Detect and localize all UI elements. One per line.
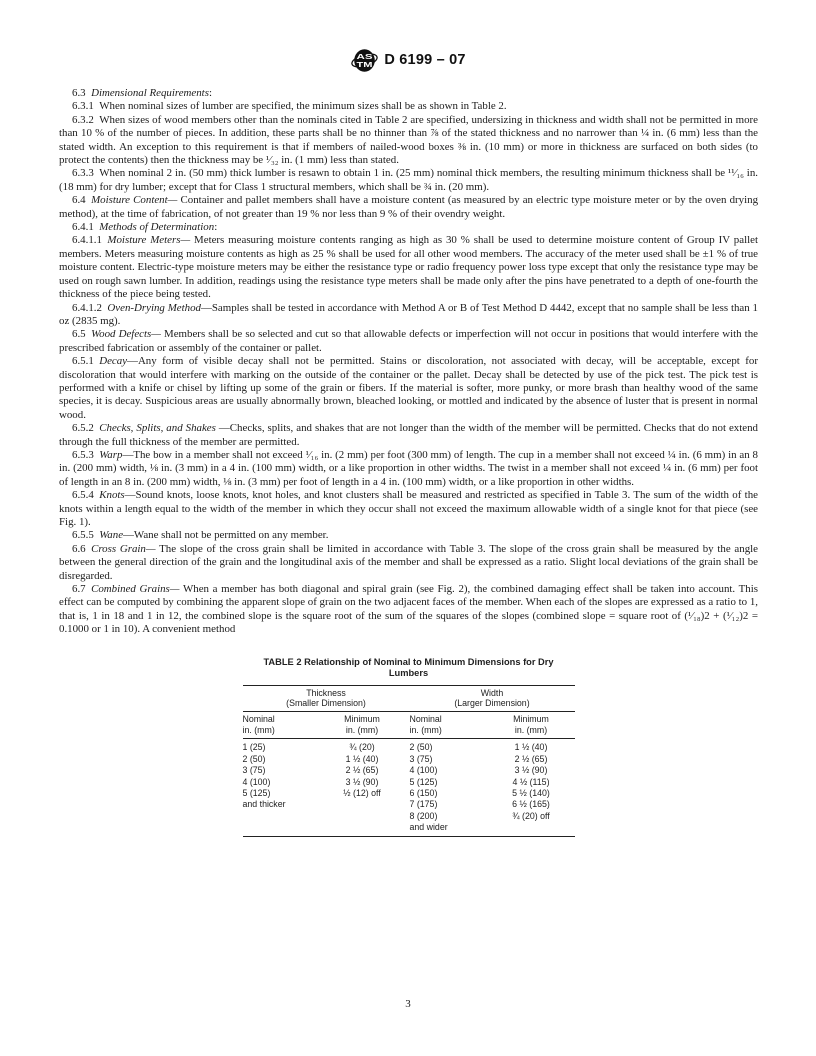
column-header-line: Minimum <box>315 714 410 724</box>
column-header-line: Nominal <box>410 714 488 724</box>
section-title: Checks, Splits, and Shakes <box>99 422 216 434</box>
paragraph-6.5.3: 6.5.3 Warp—The bow in a member shall not… <box>59 449 758 489</box>
column-header-line: Minimum <box>488 714 575 724</box>
paragraph-6.3.2: 6.3.2 When sizes of wood members other t… <box>59 114 758 168</box>
column-header-line: in. (mm) <box>410 725 488 735</box>
paragraph-6.3.1: 6.3.1 When nominal sizes of lumber are s… <box>59 100 758 113</box>
paragraph-6.5.1: 6.5.1 Decay—Any form of visible decay sh… <box>59 355 758 422</box>
paragraph-6.3.3: 6.3.3 When nominal 2 in. (50 mm) thick l… <box>59 167 758 194</box>
section-number: 6.3 <box>72 87 86 99</box>
table-row: 8 (200)¾ (20) off <box>243 810 575 821</box>
table-cell: 1 ½ (40) <box>488 739 575 753</box>
group-header-line: Thickness <box>243 688 410 698</box>
table-cell <box>243 810 315 821</box>
section-text: When sizes of wood members other than th… <box>59 114 758 166</box>
section-number: 6.5.5 <box>72 529 94 541</box>
section-text: The slope of the cross grain shall be li… <box>59 543 758 582</box>
svg-text:TM: TM <box>357 60 373 69</box>
document-designation: D 6199 – 07 <box>384 52 465 68</box>
table-cell <box>315 810 410 821</box>
table-row: 2 (50)1 ½ (40)3 (75)2 ½ (65) <box>243 753 575 764</box>
column-header: Nominalin. (mm) <box>243 712 315 739</box>
section-text: —The bow in a member shall not exceed ¹⁄… <box>59 449 758 488</box>
section-text: Members shall be so selected and cut so … <box>59 328 758 353</box>
column-header: Nominalin. (mm) <box>410 712 488 739</box>
table-cell: and thicker <box>243 799 315 810</box>
table-cell <box>315 799 410 810</box>
paragraph-6.5: 6.5 Wood Defects— Members shall be so se… <box>59 328 758 355</box>
page-number: 3 <box>0 998 816 1010</box>
section-number: 6.5.2 <box>72 422 94 434</box>
section-title: Warp <box>99 449 122 461</box>
table-cell: 2 (50) <box>243 753 315 764</box>
table-row: 4 (100)3 ½ (90)5 (125)4 ½ (115) <box>243 776 575 787</box>
table-cell <box>315 822 410 836</box>
document-header: AS TM D 6199 – 07 <box>59 46 758 74</box>
section-number: 6.6 <box>72 543 86 555</box>
section-number: 6.5.4 <box>72 489 94 501</box>
paragraph-6.5.2: 6.5.2 Checks, Splits, and Shakes —Checks… <box>59 422 758 449</box>
paragraph-6.4.1: 6.4.1 Methods of Determination: <box>59 221 758 234</box>
section-number: 6.7 <box>72 583 86 595</box>
table-cell: 2 ½ (65) <box>315 765 410 776</box>
section-number: 6.3.3 <box>72 167 94 179</box>
table-row: 5 (125)½ (12) off6 (150)5 ½ (140) <box>243 787 575 798</box>
table-cell: 2 (50) <box>410 739 488 753</box>
group-header-line: (Smaller Dimension) <box>243 698 410 708</box>
table-group-header-row: Thickness(Smaller Dimension)Width(Larger… <box>243 685 575 712</box>
column-header-line: in. (mm) <box>315 725 410 735</box>
paragraph-6.4.1.1: 6.4.1.1 Moisture Meters— Meters measurin… <box>59 234 758 301</box>
table-cell: 8 (200) <box>410 810 488 821</box>
column-header: Minimumin. (mm) <box>315 712 410 739</box>
table-cell: 3 ½ (90) <box>315 776 410 787</box>
section-number: 6.3.2 <box>72 114 94 126</box>
table-row: and wider <box>243 822 575 836</box>
section-text: When nominal sizes of lumber are specifi… <box>99 100 506 112</box>
paragraph-6.5.4: 6.5.4 Knots—Sound knots, loose knots, kn… <box>59 489 758 529</box>
column-header: Minimumin. (mm) <box>488 712 575 739</box>
table-column-header-row: Nominalin. (mm)Minimumin. (mm)Nominalin.… <box>243 712 575 739</box>
paragraph-6.4.1.2: 6.4.1.2 Oven-Drying Method—Samples shall… <box>59 302 758 329</box>
section-title: Moisture Meters— <box>107 234 190 246</box>
section-title: Methods of Determination <box>99 221 214 233</box>
section-title: Wane <box>99 529 123 541</box>
table-cell: 6 ½ (165) <box>488 799 575 810</box>
table-cell: 5 (125) <box>410 776 488 787</box>
section-number: 6.4.1 <box>72 221 94 233</box>
section-title: Moisture Content— <box>91 194 177 206</box>
table-cell: ½ (12) off <box>315 787 410 798</box>
table-cell: 3 (75) <box>243 765 315 776</box>
section-text: When nominal 2 in. (50 mm) thick lumber … <box>59 167 758 192</box>
section-text: : <box>209 87 212 99</box>
table-cell: 3 (75) <box>410 753 488 764</box>
table-cell: 4 (100) <box>410 765 488 776</box>
table-cell: 1 (25) <box>243 739 315 753</box>
table-cell: 7 (175) <box>410 799 488 810</box>
section-text: : <box>214 221 217 233</box>
section-title: Cross Grain— <box>91 543 156 555</box>
table-cell: 6 (150) <box>410 787 488 798</box>
astm-logo-icon: AS TM <box>351 48 378 73</box>
section-number: 6.4 <box>72 194 86 206</box>
table-cell: 5 (125) <box>243 787 315 798</box>
group-header-line: Width <box>410 688 575 698</box>
paragraph-6.4: 6.4 Moisture Content— Container and pall… <box>59 194 758 221</box>
group-header-line: (Larger Dimension) <box>410 698 575 708</box>
section-number: 6.5.1 <box>72 355 94 367</box>
table-row: 3 (75)2 ½ (65)4 (100)3 ½ (90) <box>243 765 575 776</box>
paragraph-6.6: 6.6 Cross Grain— The slope of the cross … <box>59 543 758 583</box>
column-header-line: in. (mm) <box>243 725 315 735</box>
section-text: —Sound knots, loose knots, knot holes, a… <box>59 489 758 528</box>
section-number: 6.4.1.1 <box>72 234 102 246</box>
section-title: Dimensional Requirements <box>91 87 209 99</box>
document-body: 6.3 Dimensional Requirements:6.3.1 When … <box>59 87 758 637</box>
document-page: AS TM D 6199 – 07 6.3 Dimensional Requir… <box>0 0 816 1056</box>
paragraph-6.5.5: 6.5.5 Wane—Wane shall not be permitted o… <box>59 529 758 542</box>
section-number: 6.4.1.2 <box>72 302 102 314</box>
table-cell <box>243 822 315 836</box>
table-2-dimensions: Thickness(Smaller Dimension)Width(Larger… <box>243 685 575 837</box>
table-cell <box>488 822 575 836</box>
column-header-line: Nominal <box>243 714 315 724</box>
section-title: Decay <box>99 355 127 367</box>
section-title: Oven-Drying Method <box>107 302 201 314</box>
paragraph-6.3: 6.3 Dimensional Requirements: <box>59 87 758 100</box>
section-number: 6.5 <box>72 328 86 340</box>
section-number: 6.3.1 <box>72 100 94 112</box>
table-cell: ¾ (20) <box>315 739 410 753</box>
table-cell: 2 ½ (65) <box>488 753 575 764</box>
paragraph-6.7: 6.7 Combined Grains— When a member has b… <box>59 583 758 637</box>
section-title: Knots <box>99 489 124 501</box>
table-2-block: TABLE 2 Relationship of Nominal to Minim… <box>243 657 575 837</box>
group-header: Thickness(Smaller Dimension) <box>243 685 410 712</box>
section-number: 6.5.3 <box>72 449 94 461</box>
column-header-line: in. (mm) <box>488 725 575 735</box>
section-title: Combined Grains— <box>91 583 179 595</box>
table-cell: 4 (100) <box>243 776 315 787</box>
table-cell: and wider <box>410 822 488 836</box>
section-text: —Any form of visible decay shall not be … <box>59 355 758 421</box>
table-cell: ¾ (20) off <box>488 810 575 821</box>
section-text: —Wane shall not be permitted on any memb… <box>123 529 328 541</box>
table-cell: 5 ½ (140) <box>488 787 575 798</box>
group-header: Width(Larger Dimension) <box>410 685 575 712</box>
table-2-title: TABLE 2 Relationship of Nominal to Minim… <box>244 657 574 680</box>
section-title: Wood Defects— <box>91 328 161 340</box>
table-cell: 4 ½ (115) <box>488 776 575 787</box>
table-cell: 1 ½ (40) <box>315 753 410 764</box>
table-cell: 3 ½ (90) <box>488 765 575 776</box>
table-row: and thicker7 (175)6 ½ (165) <box>243 799 575 810</box>
table-row: 1 (25)¾ (20)2 (50)1 ½ (40) <box>243 739 575 753</box>
